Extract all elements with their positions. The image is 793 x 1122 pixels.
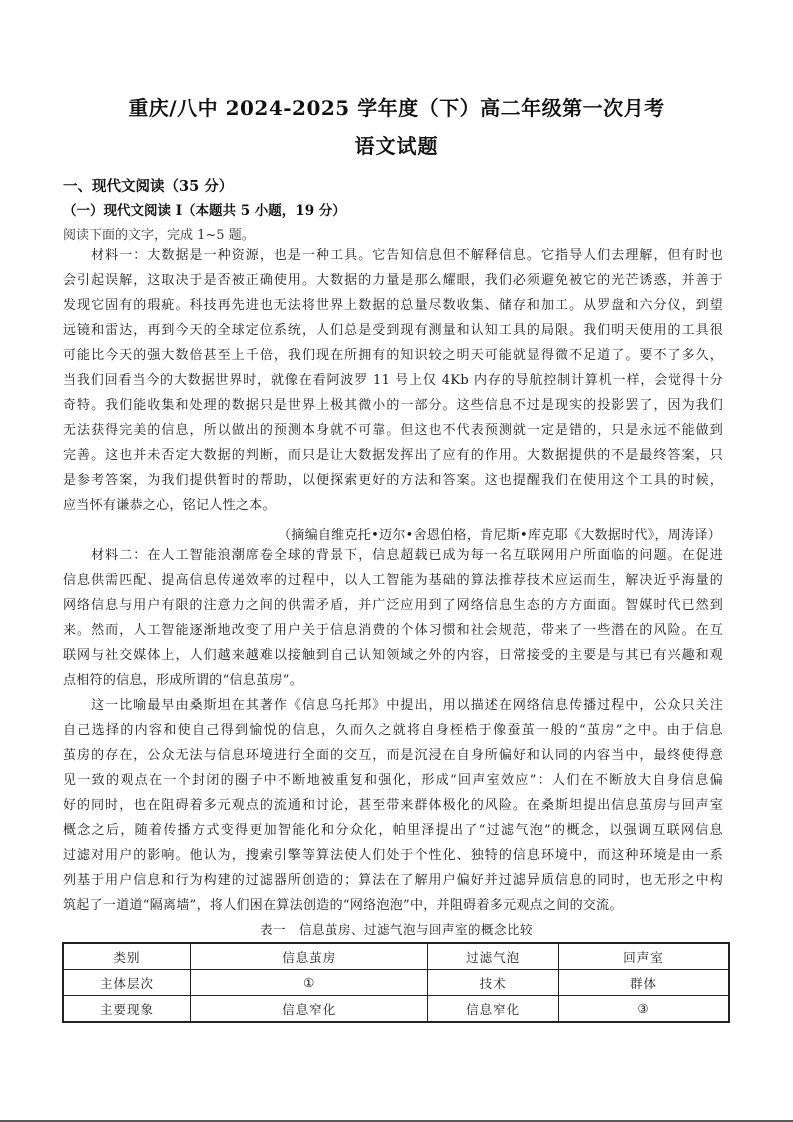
text-line: 好的同时，也在阻碍着多元观点的流通和讨论，甚至带来群体极化的风险。在桑斯坦提出信…	[63, 793, 723, 818]
text-line: 会引起误解，这取决于是否被正确使用。大数据的力量是那么耀眼，我们必须避免被它的光…	[63, 268, 723, 293]
table-cell: ①	[191, 970, 428, 996]
text-line: 可能比今天的强大数倍甚至上千倍，我们现在所拥有的知识较之明天可能就显得微不足道了…	[63, 343, 723, 368]
material-two-continuation-paragraph: 这一比喻最早由桑斯坦在其著作《信息乌托邦》中提出，用以描述在网络信息传播过程中，…	[63, 693, 723, 918]
text-line: 完善。这也并未否定大数据的判断，而只是让大数据发挥出了应有的作用。大数据提供的不…	[63, 443, 723, 468]
table-row: 主体层次 ① 技术 群体	[63, 970, 729, 996]
table-cell: 群体	[558, 970, 729, 996]
table-header-cell: 信息茧房	[191, 943, 428, 970]
text-line: 概念之后，随着传播方式变得更加智能化和分众化，帕里泽提出了“过滤气泡”的概念，以…	[63, 818, 723, 843]
text-line: 筑起了一道道“隔离墙”，将人们困在算法创造的“网络泡泡”中，并阻碍着多元观点之间…	[63, 893, 723, 918]
text-line: 应当怀有谦恭之心，铭记人性之本。	[63, 493, 723, 518]
text-line: 信息供需匹配、提高信息传递效率的过程中，以人工智能为基础的算法推荐技术应运而生，…	[63, 568, 723, 593]
text-line: 发现它固有的瑕疵。科技再先进也无法将世界上数据的总量尽数收集、储存和加工。从罗盘…	[63, 293, 723, 318]
text-line: 联网与社交媒体上，人们越来越难以接触到自己认知领域之外的内容，日常接受的主要是与…	[63, 643, 723, 668]
reading-instruction: 阅读下面的文字，完成 1~5 题。	[63, 224, 255, 243]
table-header-cell: 回声室	[558, 943, 729, 970]
text-line: 茧房的存在，公众无法与信息环境进行全面的交互，而是沉浸在自身所偏好和认同的内容当…	[63, 743, 723, 768]
table-cell: 信息窄化	[428, 996, 559, 1023]
material-one-paragraph: 材料一：大数据是一种资源，也是一种工具。它告知信息但不解释信息。它指导人们去理解…	[63, 243, 723, 518]
section-heading: 一、现代文阅读（35 分）	[63, 175, 233, 196]
text-line: 这一比喻最早由桑斯坦在其著作《信息乌托邦》中提出，用以描述在网络信息传播过程中，…	[63, 693, 723, 718]
table-caption: 表一 信息茧房、过滤气泡与回声室的概念比较	[0, 920, 793, 938]
table-cell: 技术	[428, 970, 559, 996]
comparison-table: 类别 信息茧房 过滤气泡 回声室 主体层次 ① 技术 群体 主要现象 信息窄化 …	[62, 942, 730, 1023]
material-one-source: （摘编自维克托•迈尔•舍恩伯格，肯尼斯•库克耶《大数据时代》，周涛译）	[278, 524, 721, 543]
table-header-cell: 类别	[63, 943, 191, 970]
table-header-cell: 过滤气泡	[428, 943, 559, 970]
section-subheading: （一）现代文阅读 I（本题共 5 小题，19 分）	[63, 199, 346, 219]
text-line: 材料二：在人工智能浪潮席卷全球的背景下，信息超载已成为每一名互联网用户所面临的问…	[63, 543, 723, 568]
text-line: 见一致的观点在一个封闭的圈子中不断地被重复和强化，形成“回声室效应”：人们在不断…	[63, 768, 723, 793]
table-row: 主要现象 信息窄化 信息窄化 ③	[63, 996, 729, 1023]
table-header-row: 类别 信息茧房 过滤气泡 回声室	[63, 943, 729, 970]
text-line: 来。然而，人工智能逐渐地改变了用户关于信息消费的个体习惯和社会规范，带来了一些潜…	[63, 618, 723, 643]
text-line: 奇特。我们能收集和处理的数据只是世界上极其微小的一部分。这些信息不过是现实的投影…	[63, 393, 723, 418]
table-cell: 主体层次	[63, 970, 191, 996]
text-line: 自己选择的内容和使自己得到愉悦的信息，久而久之就将自身桎梏于像蚕茧一般的“茧房”…	[63, 718, 723, 743]
material-two-paragraph: 材料二：在人工智能浪潮席卷全球的背景下，信息超载已成为每一名互联网用户所面临的问…	[63, 543, 723, 693]
table-cell: 信息窄化	[191, 996, 428, 1023]
text-line: 是参考答案，为我们提供暂时的帮助，以便探索更好的方法和答案。这也提醒我们在使用这…	[63, 468, 723, 493]
text-line: 列基于用户信息和行为构建的过滤器所创造的；算法在了解用户偏好并过滤异质信息的同时…	[63, 868, 723, 893]
exam-page: 重庆/八中 2024-2025 学年度（下）高二年级第一次月考 语文试题 一、现…	[0, 0, 793, 1122]
table-cell: 主要现象	[63, 996, 191, 1023]
table-cell: ③	[558, 996, 729, 1023]
text-line: 点相符的信息，形成所谓的“信息茧房”。	[63, 668, 723, 693]
text-line: 材料一：大数据是一种资源，也是一种工具。它告知信息但不解释信息。它指导人们去理解…	[63, 243, 723, 268]
exam-subtitle: 语文试题	[0, 130, 793, 159]
exam-title: 重庆/八中 2024-2025 学年度（下）高二年级第一次月考	[0, 92, 793, 121]
text-line: 网络信息与用户有限的注意力之间的供需矛盾，并广泛应用到了网络信息生态的方方面面。…	[63, 593, 723, 618]
text-line: 当我们回看当今的大数据世界时，就像在看阿波罗 11 号上仅 4Kb 内存的导航控…	[63, 368, 723, 393]
text-line: 无法获得完美的信息，所以做出的预测本身就不可靠。但这也不代表预测就一定是错的，只…	[63, 418, 723, 443]
text-line: 远镜和雷达，再到今天的全球定位系统，人们总是受到现有测量和认知工具的局限。我们明…	[63, 318, 723, 343]
text-line: 过滤对用户的影响。他认为，搜索引擎等算法使人们处于个性化、独特的信息环境中，而这…	[63, 843, 723, 868]
